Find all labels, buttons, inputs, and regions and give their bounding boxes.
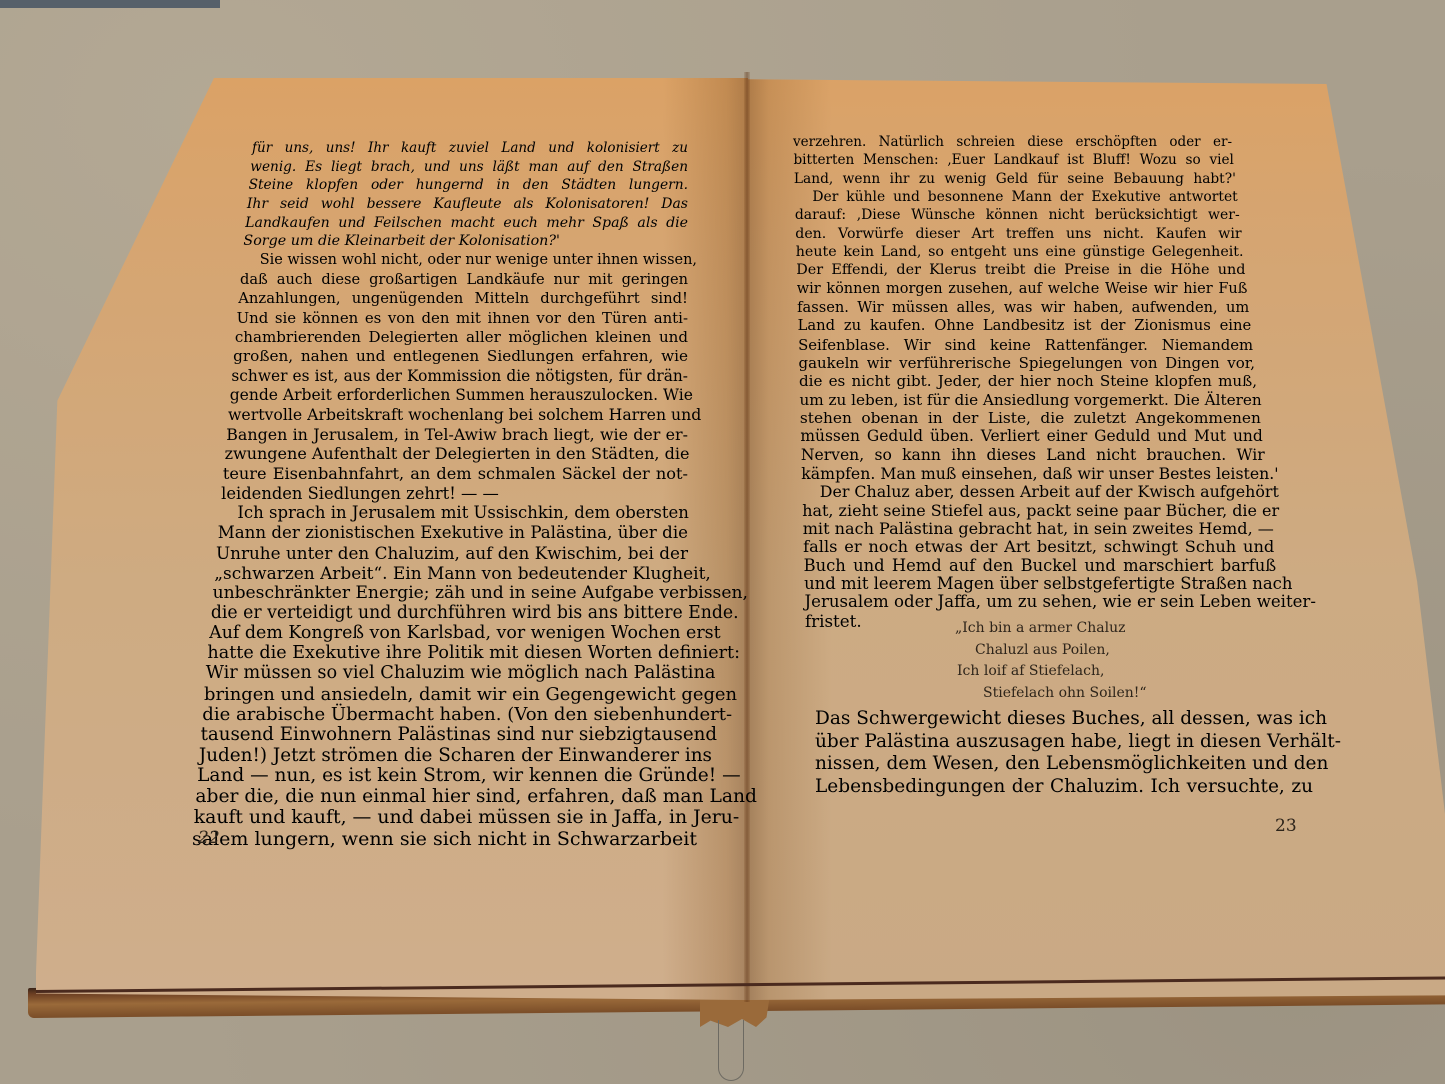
text-line: salem lungern, wenn sie sich nicht in Sc… [192, 828, 688, 850]
text-line: fassen. Wir müssen alles, was wir haben,… [797, 299, 1249, 316]
text-line: Der Chaluz aber, dessen Arbeit auf der K… [820, 482, 1269, 501]
text-line: wir können morgen zusehen, auf welche We… [797, 281, 1248, 297]
text-line: Ihr seid wohl bessere Kaufleute als Kolo… [247, 196, 688, 212]
text-line: Der Effendi, der Klerus treibt die Preis… [796, 262, 1245, 278]
text-line: Juden!) Jetzt strömen die Scharen der Ei… [199, 745, 688, 766]
text-line: Und sie können es von den mit ihnen vor … [237, 309, 688, 327]
text-line: Land zu kaufen. Ohne Landbesitz ist der … [798, 317, 1252, 334]
text-line: gende Arbeit erforderlichen Summen herau… [230, 386, 688, 404]
text-line: Buch und Hemd auf den Buckel und marschi… [804, 556, 1277, 575]
text-line: und mit leerem Magen über selbstgefertig… [804, 574, 1278, 593]
book-gutter [744, 72, 750, 1002]
text-line: die er verteidigt und durchführen wird b… [211, 603, 688, 623]
text-line: Ich sprach in Jerusalem mit Ussischkin, … [237, 503, 688, 522]
text-line: Landkaufen und Feilschen macht euch mehr… [245, 215, 688, 231]
text-line: großen, nahen und entlegenen Siedlungen … [233, 347, 688, 365]
text-line: „schwarzen Arbeit“. Ein Mann von bedeute… [214, 563, 688, 583]
text-line: Wir müssen so viel Chaluzim wie möglich … [206, 663, 688, 683]
text-line: Lebensbedingungen der Chaluzim. Ich vers… [815, 776, 1313, 797]
text-line: verzehren. Natürlich schreien diese ersc… [793, 134, 1232, 150]
text-line: kämpfen. Man muß einsehen, daß wir unser… [801, 464, 1266, 483]
text-line: darauf: ‚Diese Wünsche können nicht berü… [795, 207, 1240, 223]
verse-line: Chaluzl aus Poilen, [955, 640, 1147, 662]
text-line: schwer es ist, aus der Kommission die nö… [231, 367, 688, 385]
text-line: stehen obenan in der Liste, die zuletzt … [800, 409, 1261, 427]
text-line: Auf dem Kongreß von Karlsbad, vor wenige… [209, 623, 688, 643]
text-line: Mann der zionistischen Exekutive in Palä… [218, 523, 688, 542]
text-line: müssen Geduld üben. Verliert einer Gedul… [800, 427, 1262, 445]
text-line: leidenden Siedlungen zehrt! — — [221, 484, 688, 503]
right-page-number: 23 [1275, 816, 1297, 836]
text-line: daß auch diese großartigen Landkäufe nur… [240, 271, 688, 288]
verse-line: Ich loif af Stiefelach, [955, 661, 1147, 683]
yiddish-verse: „Ich bin a armer Chaluz Chaluzl aus Poil… [955, 618, 1147, 704]
text-line: Unruhe unter den Chaluzim, auf den Kwisc… [216, 543, 688, 563]
text-line: mit nach Palästina gebracht hat, in sein… [803, 519, 1273, 538]
text-line: bitterten Menschen: ‚Euer Landkauf ist B… [793, 152, 1233, 168]
text-line: Bangen in Jerusalem, in Tel-Awiw brach l… [226, 425, 688, 444]
text-line: aber die, die nun einmal hier sind, erfa… [195, 786, 688, 807]
text-line: wenig. Es liegt brach, und uns läßt man … [250, 159, 688, 175]
text-line: chambrierenden Delegierten aller möglich… [235, 328, 688, 346]
text-line: Land, wenn ihr zu wenig Geld für seine B… [794, 171, 1236, 187]
text-line: nissen, dem Wesen, den Lebensmöglichkeit… [815, 753, 1313, 774]
text-line: Seifenblase. Wir sind keine Rattenfänger… [798, 336, 1253, 354]
text-line: kauft und kauft, — und dabei müssen sie … [194, 807, 688, 828]
text-line: teure Eisenbahnfahrt, an dem schmalen Sä… [223, 464, 688, 483]
text-line: unbeschränkter Energie; zäh und in seine… [213, 583, 688, 603]
text-line: Land — nun, es ist kein Strom, wir kenne… [197, 765, 688, 786]
verse-line: „Ich bin a armer Chaluz [955, 618, 1147, 640]
text-line: um zu leben, ist für die Ansiedlung vorg… [799, 391, 1258, 409]
text-line: tausend Einwohnern Palästinas sind nur s… [201, 724, 688, 745]
text-line: Sorge um die Kleinarbeit der Kolonisatio… [243, 233, 688, 249]
text-line: hatte die Exekutive ihre Politik mit die… [207, 643, 688, 663]
text-line: hat, zieht seine Stiefel aus, packt sein… [802, 501, 1270, 520]
text-line: die es nicht gibt. Jeder, der hier noch … [799, 372, 1257, 390]
text-line: über Palästina auszusagen habe, liegt in… [815, 731, 1313, 752]
text-line: Anzahlungen, ungenügenden Mitteln durchg… [238, 290, 688, 307]
text-line: Steine klopfen oder hungernd in den Städ… [249, 177, 688, 193]
text-line: für uns, uns! Ihr kauft zuviel Land und … [252, 140, 688, 156]
text-line: bringen und ansiedeln, damit wir ein Geg… [204, 684, 688, 705]
text-line: zwungene Aufenthalt der Delegierten in d… [225, 444, 688, 463]
binding-thread [718, 1020, 744, 1081]
text-line: die arabische Übermacht haben. (Von den … [202, 704, 688, 725]
text-line: heute kein Land, so entgeht uns eine gün… [796, 244, 1244, 260]
text-line: den. Vorwürfe dieser Art treffen uns nic… [795, 226, 1241, 242]
text-line: Nerven, so kann ihn dieses Land nicht br… [801, 446, 1265, 464]
text-line: Das Schwergewicht dieses Buches, all des… [815, 708, 1313, 729]
text-line: falls er noch etwas der Art besitzt, sch… [803, 537, 1274, 556]
background-edge [0, 0, 220, 8]
text-line: Sie wissen wohl nicht, oder nur wenige u… [260, 252, 688, 268]
text-line: gaukeln wir verführerische Spiegelungen … [799, 354, 1256, 372]
text-line: Der kühle und besonnene Mann der Exekuti… [812, 189, 1237, 205]
text-line: Jerusalem oder Jaffa, um zu sehen, wie e… [805, 592, 1281, 611]
left-page-number: 22 [198, 828, 220, 848]
text-line: wertvolle Arbeitskraft wochenlang bei so… [228, 405, 688, 424]
verse-line: Stiefelach ohn Soilen!“ [955, 683, 1147, 705]
